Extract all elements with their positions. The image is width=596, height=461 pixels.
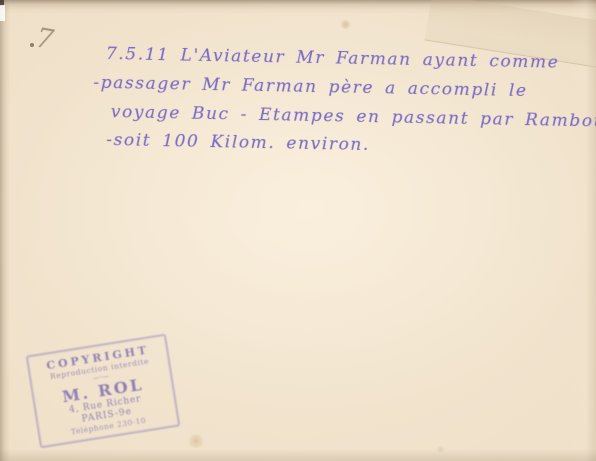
paper-stain [436,446,445,453]
pencil-number: 7 [33,23,55,57]
scan-edge-left [0,0,10,461]
caption-line-3: voyage Buc - Etampes en passant par Ramb… [111,102,596,132]
paper-stain [340,20,351,29]
paper-curl-right [570,0,596,461]
caption-line-2: -passager Mr Farman père a accompli le [93,73,528,101]
paper-stain [188,434,204,448]
agency-stamp: COPYRIGHT Reproduction interdite —·— M. … [26,333,181,448]
photo-verso: 7 7.5.11 L'Aviateur Mr Farman ayant comm… [0,0,596,461]
scan-edge-bottom [0,449,596,461]
pencil-dot [30,43,34,47]
caption-line-4: -soit 100 Kilom. environ. [106,130,370,155]
scan-corner-sliver [0,5,5,21]
